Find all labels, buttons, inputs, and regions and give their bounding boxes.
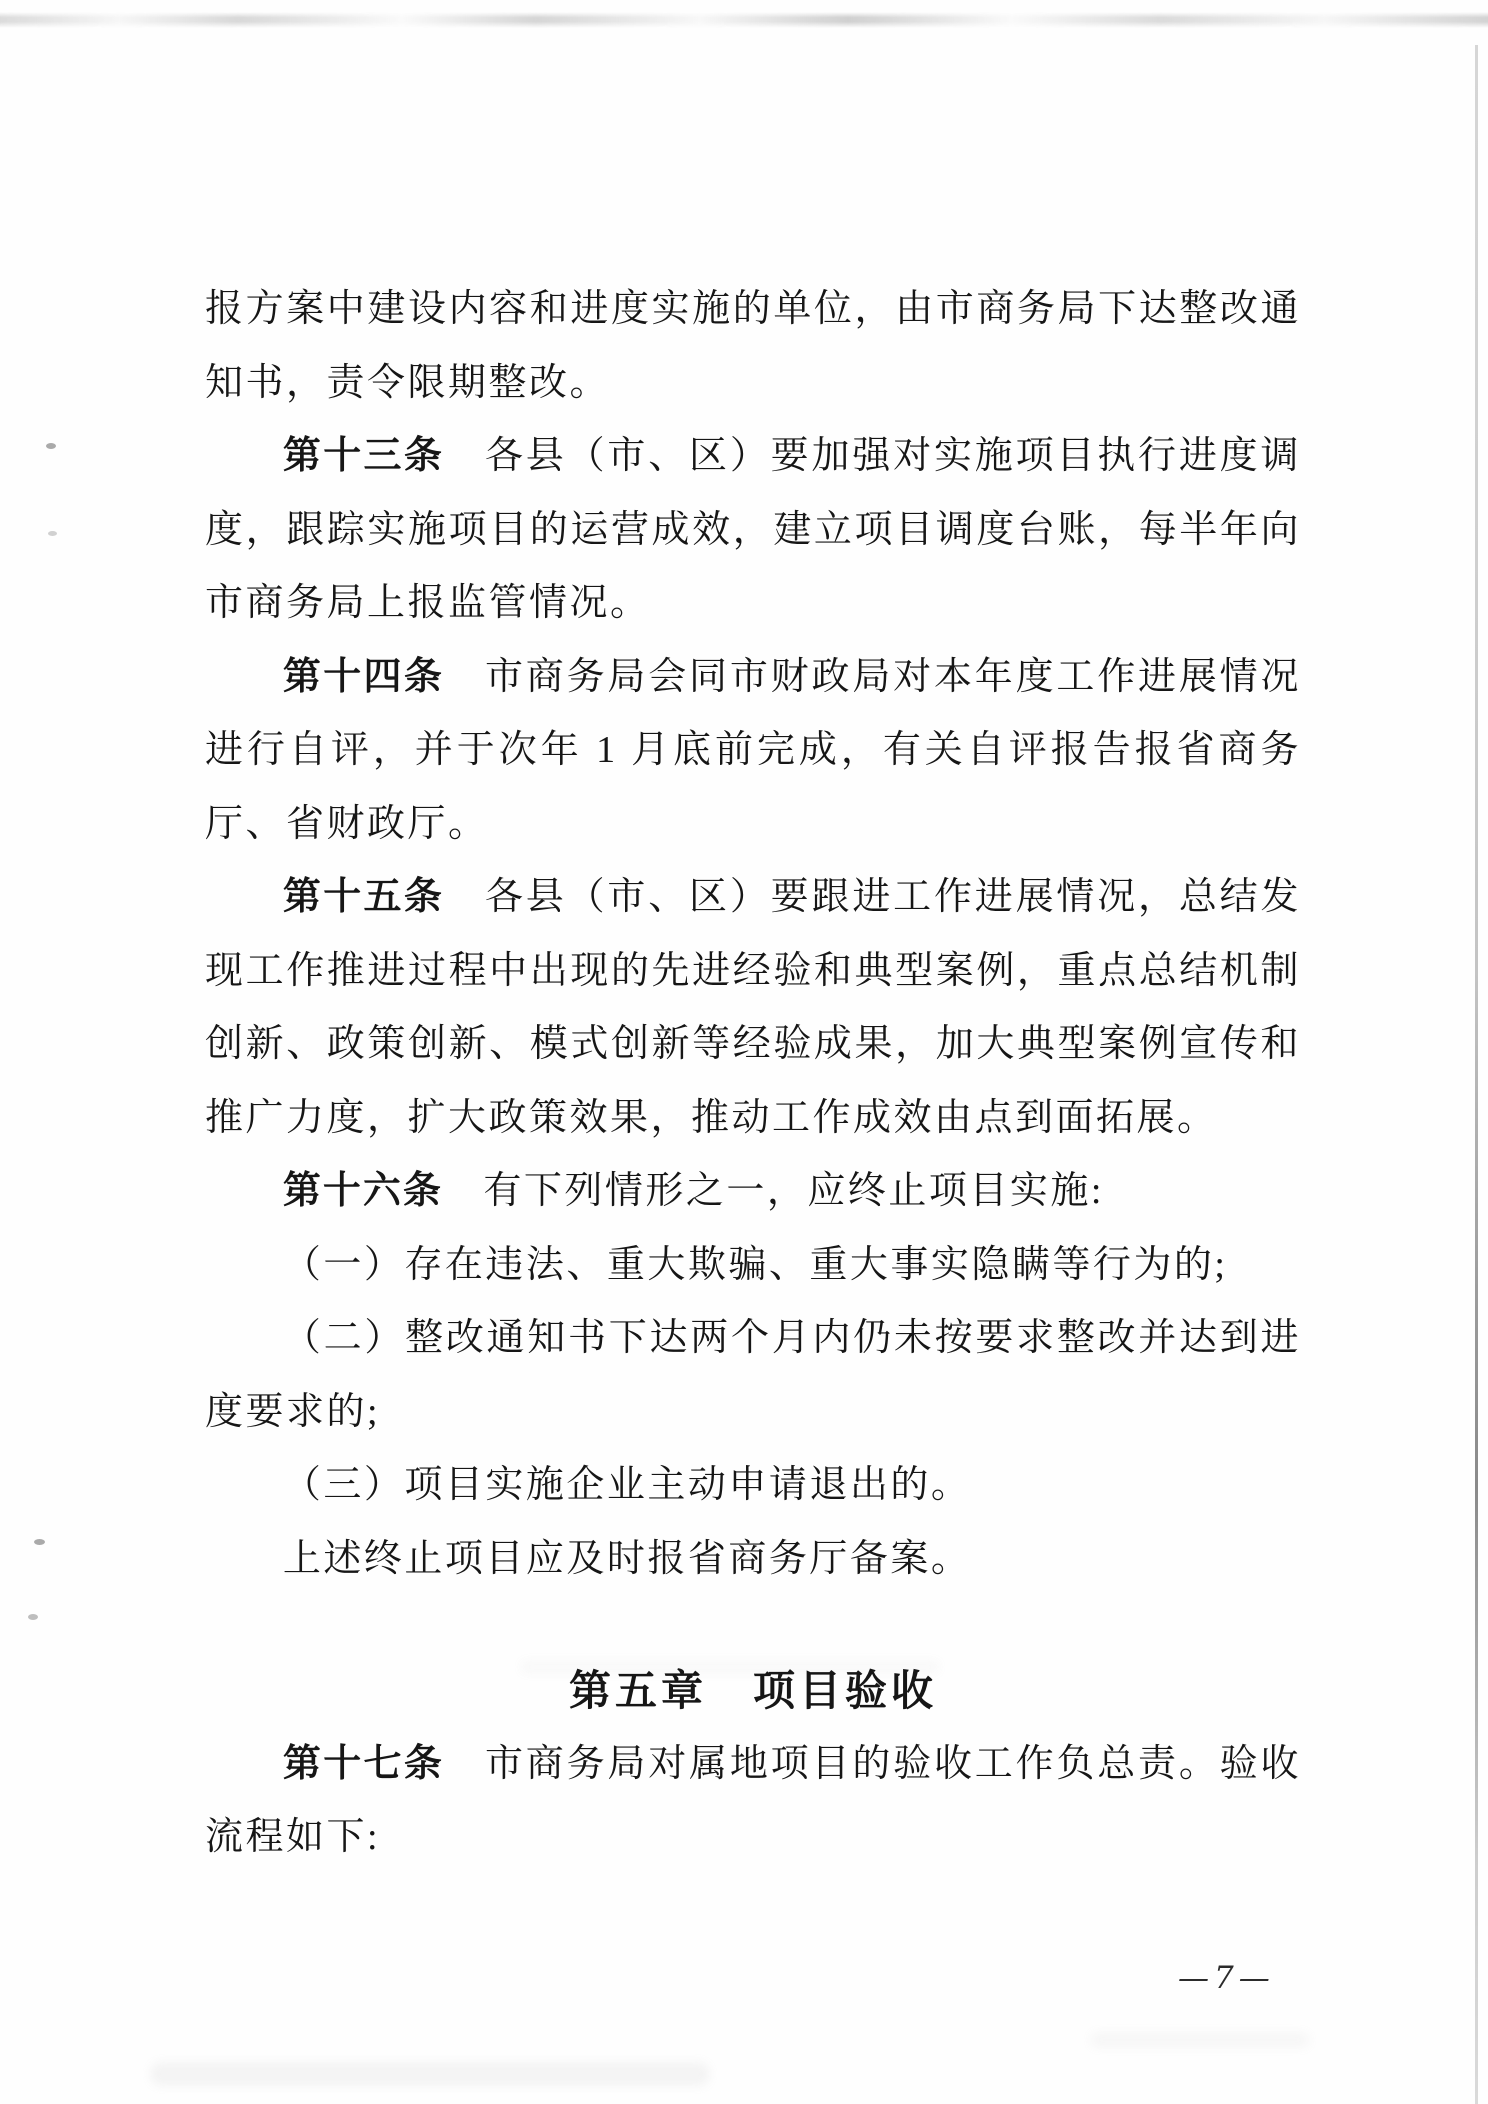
paragraph: 第十四条 市商务局会同市财政局对本年度工作进展情况进行自评，并于次年 1 月底前…	[205, 641, 1301, 862]
article-number: 第十三条	[283, 435, 444, 477]
paragraph: 报方案中建设内容和进度实施的单位，由市商务局下达整改通知书，责令限期整改。	[205, 273, 1301, 420]
paragraph-text: 有下列情形之一，应终止项目实施:	[443, 1170, 1104, 1212]
paragraph-text: 报方案中建设内容和进度实施的单位，由市商务局下达整改通知书，责令限期整改。	[205, 288, 1301, 404]
paragraph: 上述终止项目应及时报省商务厅备案。	[205, 1523, 1301, 1597]
document-body: 报方案中建设内容和进度实施的单位，由市商务局下达整改通知书，责令限期整改。第十三…	[0, 0, 1488, 1875]
bleed-through-smudge	[150, 2062, 710, 2086]
bleed-through-smudge	[1090, 2032, 1310, 2048]
scanned-document-page: 报方案中建设内容和进度实施的单位，由市商务局下达整改通知书，责令限期整改。第十三…	[0, 0, 1488, 2104]
article-number: 第十七条	[283, 1743, 444, 1785]
paragraph-text: （三）项目实施企业主动申请退出的。	[283, 1464, 972, 1506]
chapter-heading: 第五章 项目验收	[205, 1654, 1301, 1728]
page-number: —7—	[1178, 1960, 1275, 1996]
article-number: 第十六条	[283, 1170, 443, 1212]
paragraph-text: （一）存在违法、重大欺骗、重大事实隐瞒等行为的;	[283, 1244, 1228, 1286]
paragraph: （三）项目实施企业主动申请退出的。	[205, 1449, 1301, 1523]
article-number: 第十四条	[283, 656, 444, 698]
paragraph: （一）存在违法、重大欺骗、重大事实隐瞒等行为的;	[205, 1229, 1301, 1303]
article-number: 第十五条	[283, 876, 444, 918]
paragraph: 第十七条 市商务局对属地项目的验收工作负总责。验收流程如下:	[205, 1728, 1301, 1875]
paragraph: 第十五条 各县（市、区）要跟进工作进展情况，总结发现工作推进过程中出现的先进经验…	[205, 861, 1301, 1155]
paragraph: 第十三条 各县（市、区）要加强对实施项目执行进度调度，跟踪实施项目的运营成效，建…	[205, 420, 1301, 641]
paragraph-text: （二）整改通知书下达两个月内仍未按要求整改并达到进度要求的;	[205, 1317, 1301, 1433]
paragraph-text: 上述终止项目应及时报省商务厅备案。	[283, 1538, 972, 1580]
paragraph: 第十六条 有下列情形之一，应终止项目实施:	[205, 1155, 1301, 1229]
paragraph: （二）整改通知书下达两个月内仍未按要求整改并达到进度要求的;	[205, 1302, 1301, 1449]
